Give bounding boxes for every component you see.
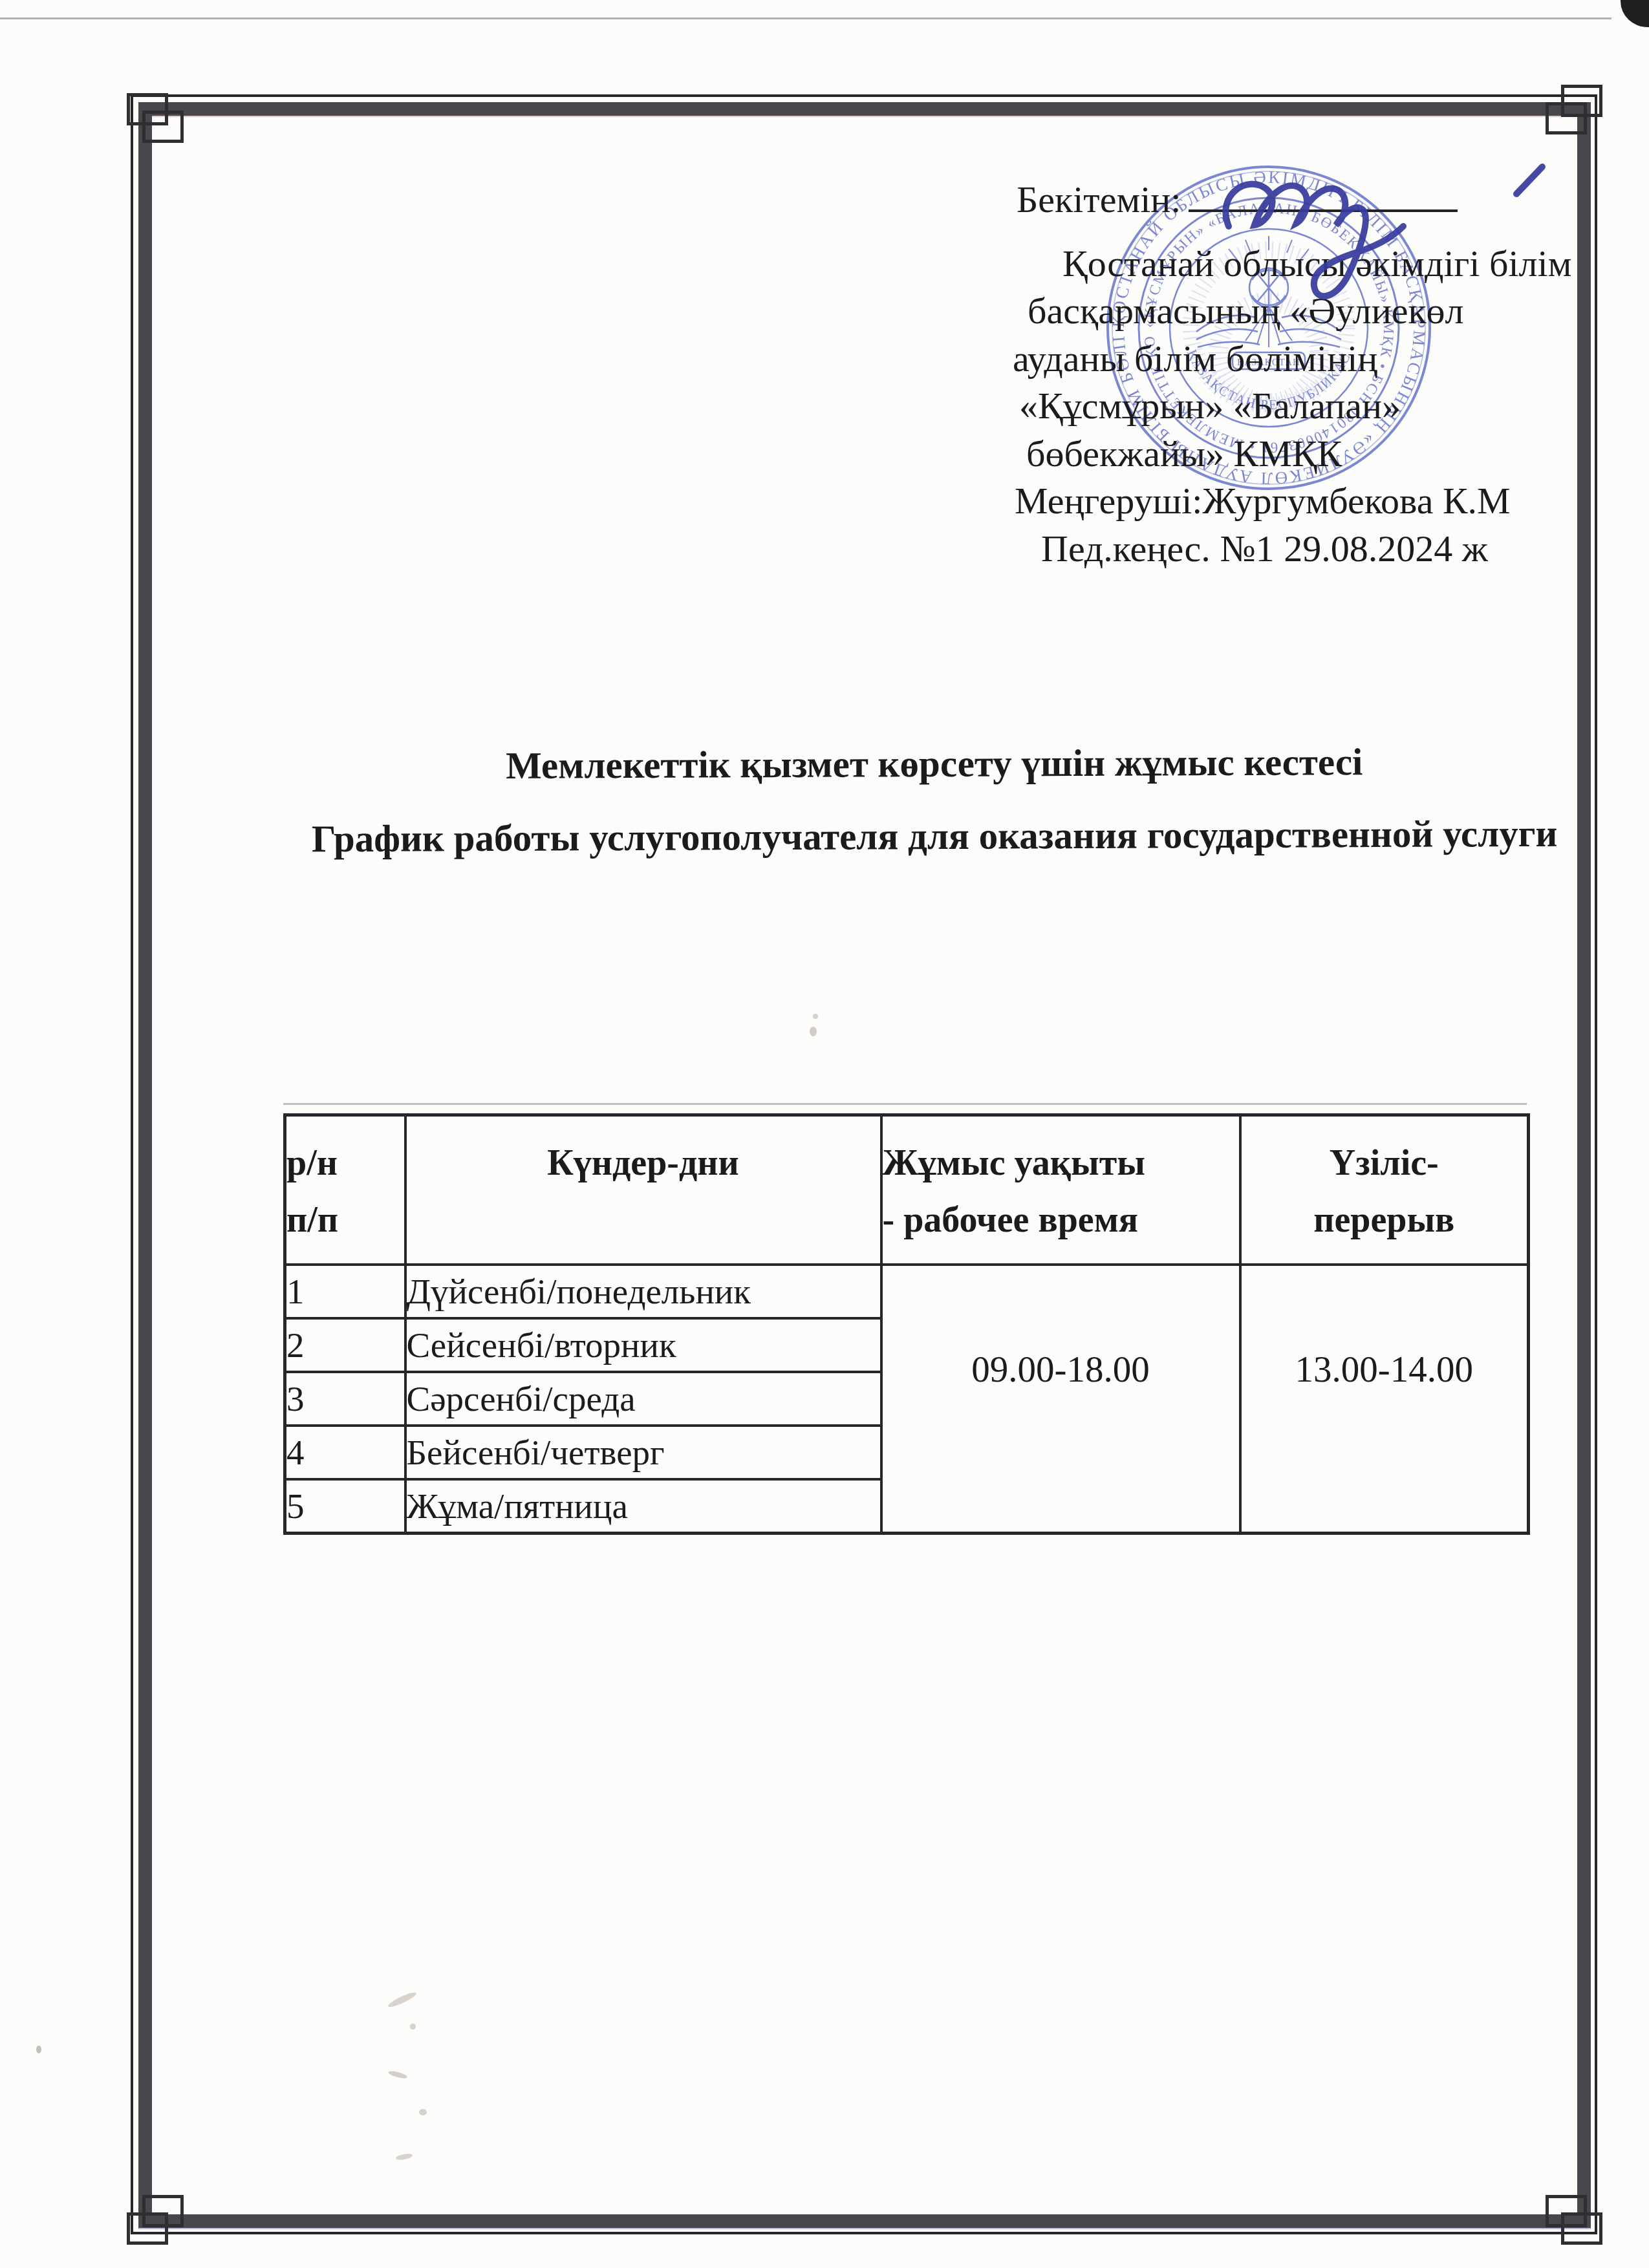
scanner-top-line (0, 17, 1611, 19)
work-time-cell: 09.00-18.00 (881, 1265, 1240, 1534)
row-day: Сейсенбі/вторник (405, 1318, 881, 1372)
header-number: р/н п/п (285, 1115, 405, 1265)
table-header-row: р/н п/п Күндер-дни Жұмыс уақыты - рабоче… (285, 1115, 1529, 1265)
approval-line: бөбекжайы» КМҚК (1026, 430, 1571, 478)
row-number: 1 (285, 1265, 405, 1318)
break-time-cell: 13.00-14.00 (1240, 1265, 1529, 1534)
row-day: Бейсенбі/четверг (405, 1426, 881, 1479)
row-day: Сәрсенбі/среда (405, 1372, 881, 1426)
approval-line: Меңгеруші:Жургумбекова К.М (1015, 477, 1571, 525)
table-row: 1 Дүйсенбі/понедельник 09.00-18.00 13.00… (285, 1265, 1529, 1318)
title-kazakh: Мемлекеттік қызмет көрсету үшін жұмыс ке… (220, 738, 1649, 789)
row-number: 2 (285, 1318, 405, 1372)
approval-line: «Құсмұрын» «Балапан» (1019, 382, 1571, 430)
table-scan-ghost-line (283, 1103, 1527, 1105)
work-schedule-table: р/н п/п Күндер-дни Жұмыс уақыты - рабоче… (283, 1113, 1530, 1535)
corner-square (142, 2195, 184, 2227)
frame-corner-knot (1543, 85, 1602, 136)
scanner-corner-mark (1621, 0, 1649, 27)
handwritten-signature (1190, 149, 1552, 343)
corner-square (142, 111, 184, 143)
row-number: 4 (285, 1426, 405, 1479)
header-break: Үзіліс- перерыв (1240, 1115, 1529, 1265)
title-russian: График работы услугополучателя для оказа… (220, 810, 1649, 862)
pencil-smudge (36, 2046, 41, 2053)
header-days: Күндер-дни (405, 1115, 881, 1265)
frame-corner-knot (1543, 2193, 1602, 2245)
document-title-block: Мемлекеттік қызмет көрсету үшін жұмыс ке… (220, 738, 1649, 862)
header-work-time: Жұмыс уақыты - рабочее время (881, 1115, 1240, 1265)
corner-square (1546, 2195, 1587, 2227)
row-day: Жұма/пятница (405, 1479, 881, 1534)
row-number: 3 (285, 1372, 405, 1426)
corner-square (1546, 102, 1587, 134)
row-number: 5 (285, 1479, 405, 1534)
approval-line: Пед.кеңес. №1 29.08.2024 ж (1041, 525, 1571, 573)
approval-label: Бекітемін: (1017, 178, 1181, 220)
frame-corner-knot (127, 2193, 186, 2245)
row-day: Дүйсенбі/понедельник (405, 1265, 881, 1318)
frame-corner-knot (127, 93, 186, 145)
